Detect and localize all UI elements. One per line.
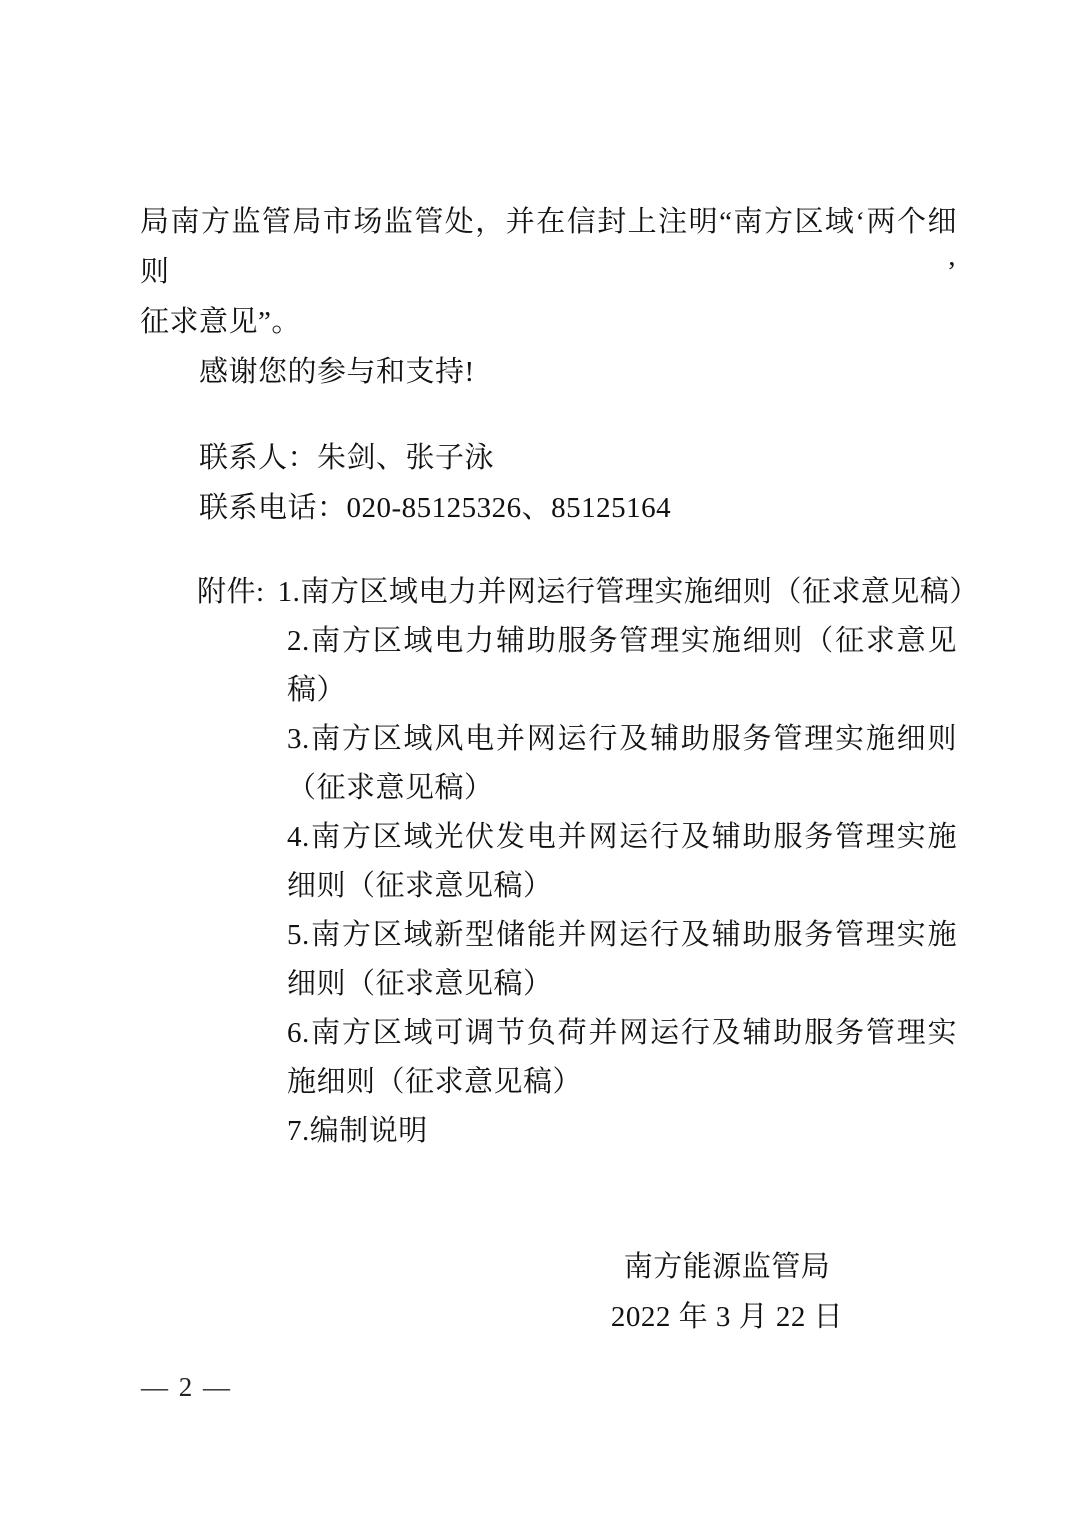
attachments-label: 附件: — [197, 576, 265, 608]
attachment-line: 稿） — [140, 666, 957, 715]
attachment-line: 4.南方区域光伏发电并网运行及辅助服务管理实施 — [140, 813, 957, 862]
attachment-line: 3.南方区域风电并网运行及辅助服务管理实施细则 — [140, 715, 957, 764]
signature-organization: 南方能源监管局 — [560, 1242, 894, 1292]
contact-phone-numbers: 020-85125326、85125164 — [347, 492, 672, 524]
attachments-list: 附件:1.南方区域电力并网运行管理实施细则（征求意见稿） 2.南方区域电力辅助服… — [140, 568, 957, 1156]
attachment-line: 6.南方区域可调节负荷并网运行及辅助服务管理实 — [140, 1009, 957, 1058]
document-body: 局南方监管局市场监管处，并在信封上注明“南方区域‘两个细则’ 征求意见”。 感谢… — [140, 197, 957, 1156]
signature-block: 南方能源监管局 2022 年 3 月 22 日 — [560, 1242, 894, 1342]
attachment-line: 附件:1.南方区域电力并网运行管理实施细则（征求意见稿） — [140, 568, 957, 617]
attachment-line: 施细则（征求意见稿） — [140, 1058, 957, 1107]
thanks-line: 感谢您的参与和支持! — [140, 347, 957, 397]
signature-date: 2022 年 3 月 22 日 — [560, 1292, 894, 1342]
attachment-line: （征求意见稿） — [140, 764, 957, 813]
body-line: 征求意见”。 — [140, 297, 957, 347]
contact-phone-line: 联系电话：020-85125326、85125164 — [140, 483, 957, 533]
attachment-line: 细则（征求意见稿） — [140, 960, 957, 1009]
attachment-line: 7.编制说明 — [140, 1107, 957, 1156]
contact-person-names: 朱剑、张子泳 — [317, 442, 494, 474]
attachment-item-text: 1.南方区域电力并网运行管理实施细则（征求意见稿） — [278, 576, 979, 608]
attachment-line: 5.南方区域新型储能并网运行及辅助服务管理实施 — [140, 911, 957, 960]
contact-phone-label: 联系电话： — [199, 492, 347, 524]
page-number: — 2 — — [141, 1372, 232, 1403]
body-line: 局南方监管局市场监管处，并在信封上注明“南方区域‘两个细则’ — [140, 197, 957, 297]
contact-person-line: 联系人：朱剑、张子泳 — [140, 433, 957, 483]
contact-person-label: 联系人： — [199, 442, 317, 474]
attachment-line: 细则（征求意见稿） — [140, 862, 957, 911]
document-page: 局南方监管局市场监管处，并在信封上注明“南方区域‘两个细则’ 征求意见”。 感谢… — [0, 0, 1080, 1528]
attachment-line: 2.南方区域电力辅助服务管理实施细则（征求意见 — [140, 617, 957, 666]
